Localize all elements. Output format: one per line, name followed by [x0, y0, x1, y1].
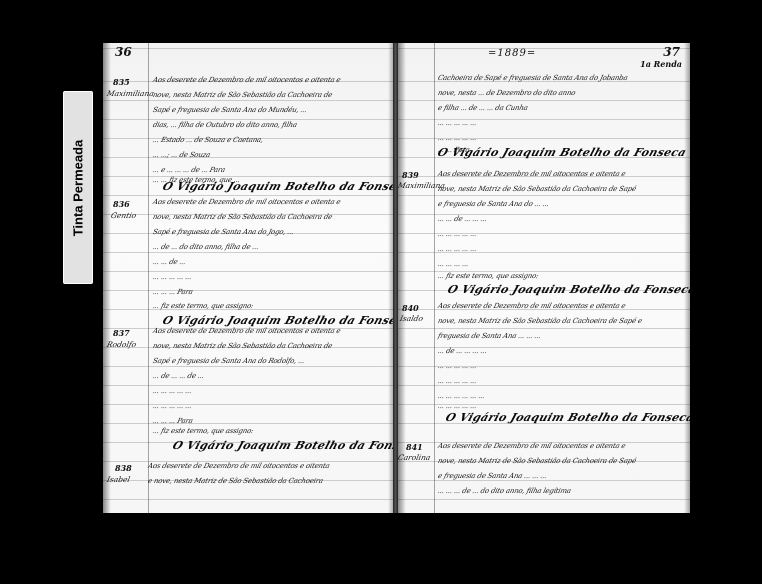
entry-number: 840	[402, 303, 419, 313]
entry-text-line: nove, nesta Matriz de São Sebastião da C…	[151, 210, 384, 224]
entry-text-line: ... ... ... ... ...	[151, 384, 384, 398]
entry-number: 839	[402, 170, 419, 180]
entry-text-line: ... ... ... ... ...	[436, 116, 679, 130]
entry-text-line: ... ... de ...	[151, 255, 384, 269]
entry-text-line: ... Estado ... de Souza e Caetana,	[151, 133, 384, 147]
entry-text-line: ... ... ... ... ...	[436, 374, 679, 388]
entry-name: Isaldo	[399, 314, 424, 323]
entry-text-line: Sapé e freguesia de Santa Ana do Mundéu,…	[151, 103, 384, 117]
entry-text-line: Aos deserete de Dezembro de mil oitocent…	[436, 167, 679, 181]
ink-bleed-tab: Tinta Permeada	[63, 91, 93, 284]
entry-text-line: Aos deserete de Dezembro de mil oitocent…	[151, 195, 384, 209]
entry-text-line: ... fiz este termo, que assigno:	[436, 269, 679, 283]
entry-text-line: dias, ... filha de Outubro do dito anno,…	[151, 118, 384, 132]
entry-text-line: Aos deserete de Dezembro de mil oitocent…	[151, 324, 384, 338]
folio-number: 36	[115, 45, 132, 59]
entry-text-line: nove, nesta Matriz de São Sebastião da C…	[436, 314, 679, 328]
folio-number: 37	[663, 45, 680, 59]
entry-text-line: nove, nesta Matriz de São Sebastião da C…	[436, 454, 679, 468]
entry-text-line: ... de ... ... ... ...	[436, 344, 679, 358]
page-edge-shadow	[103, 43, 111, 513]
margin-rule	[434, 43, 435, 513]
right-page: =1889= 37 1a Renda Cachoeira de Sapé e f…	[398, 43, 690, 513]
entry-text-line: nove, nesta Matriz de São Sebastião da C…	[151, 88, 384, 102]
entry-text-line: ... ... ... de ... do dito anno, filha l…	[436, 484, 679, 498]
entry-text-line: ... fiz este termo, que assigno:	[151, 299, 384, 313]
entry-text-line: ... de ... ... de ...	[151, 369, 384, 383]
entry-text-line: Aos deserete de Dezembro de mil oitocent…	[436, 299, 679, 313]
entry-text-line: freguesia de Santa Ana ... ... ...	[436, 329, 679, 343]
entry-text-line: ... ... ... ... ...	[151, 270, 384, 284]
entry-text-line: ... ... ... ... ...	[436, 359, 679, 373]
entry-name: Gentio	[110, 211, 137, 220]
entry-text-line: ... ... ... ... ...	[151, 399, 384, 413]
entry-text-line: Aos deserete de Dezembro de mil oitocent…	[146, 459, 384, 473]
entry-text-line: Aos deserete de Dezembro de mil oitocent…	[436, 439, 679, 453]
margin-rule	[148, 43, 149, 513]
entry-name: Isabel	[106, 475, 131, 484]
entry-text-line: ... de ... do dito anno, filha de ...	[151, 240, 384, 254]
entry-number: 835	[113, 77, 130, 87]
entry-text-line: e nove, nesta Matriz de São Sebastião da…	[146, 474, 384, 488]
vicar-signature: O Vigário Joaquim Botelho da Fonseca	[171, 439, 394, 452]
entry-name: Maximiliana	[106, 89, 155, 98]
entry-text-line: ... ... ... Para	[151, 285, 384, 299]
entry-text-line: e freguesia de Santa Ana do ... ...	[436, 197, 679, 211]
entry-text-line: Sapé e freguesia de Santa Ana do Rodolfo…	[151, 354, 384, 368]
entry-text-line: Aos deserete de Dezembro de mil oitocent…	[151, 73, 384, 87]
entry-text-line: e filha ... de ... ... da Cunha	[436, 101, 679, 115]
entry-name: Rodolfo	[106, 340, 137, 349]
entry-number: 838	[115, 463, 132, 473]
entry-text-line: nove, nesta ... de Dezembro do dito anno	[436, 86, 679, 100]
entry-number: 836	[113, 199, 130, 209]
vicar-signature: O Vigário Joaquim Botelho da Fonseca	[444, 411, 690, 424]
entry-name: Carolina	[398, 453, 431, 462]
vicar-signature: O Vigário Joaquim Botelho da Fonseca	[161, 180, 394, 193]
entry-text-line: ... ... ... ... ...	[436, 242, 679, 256]
vicar-signature: O Vigário Joaquim Botelho da Fonseca	[446, 283, 690, 296]
entry-text-line: e freguesia de Santa Ana ... ... ...	[436, 469, 679, 483]
page-edge-shadow	[684, 43, 690, 513]
folio-subtitle: 1a Renda	[640, 59, 682, 69]
entry-text-line: nove, nesta Matriz de São Sebastião da C…	[151, 339, 384, 353]
year-heading: =1889=	[488, 48, 536, 59]
left-page: 36 835 Maximiliana Aos deserete de Dezem…	[103, 43, 394, 513]
entry-text-line: Sapé e freguesia de Santa Ana do Jogo, .…	[151, 225, 384, 239]
entry-number: 841	[406, 442, 423, 452]
entry-text-line: ... ... de ... ... ...	[436, 212, 679, 226]
entry-text-line: ... ... ... ... ...	[436, 227, 679, 241]
entry-text-line: ... ...; ... de Souza	[151, 148, 384, 162]
entry-number: 837	[113, 328, 130, 338]
entry-text-line: nove, nesta Matriz de São Sebastião da C…	[436, 182, 679, 196]
page-edge-shadow	[398, 43, 406, 513]
entry-text-line: Cachoeira de Sapé e freguesia de Santa A…	[436, 71, 679, 85]
entry-text-line: ... fiz este termo, que assigno:	[151, 424, 384, 438]
vicar-signature: O Vigário Joaquim Botelho da Fonseca	[436, 146, 688, 159]
tab-label: Tinta Permeada	[71, 139, 86, 236]
